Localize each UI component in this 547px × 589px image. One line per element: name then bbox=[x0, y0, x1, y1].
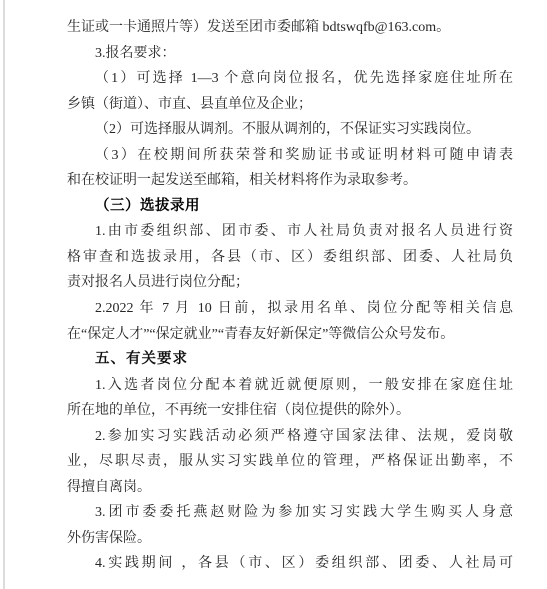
doc-line: 业，尽职尽责，服从实习实践单位的管理，严格保证出勤率，不 bbox=[67, 449, 513, 475]
doc-line: （2）可选择服从调剂。不服从调剂的，不保证实习实践岗位。 bbox=[67, 117, 513, 143]
heading-related-requirements: 五、有关要求 bbox=[67, 347, 513, 373]
doc-line-signup-requirements: 3.报名要求： bbox=[67, 41, 513, 67]
doc-line: （1）可选择 1—3 个意向岗位报名，优先选择家庭住址所在 bbox=[67, 66, 513, 92]
doc-line: 得擅自离岗。 bbox=[67, 475, 513, 501]
doc-line-announcement-date: 2.2022 年 7 月 10 日前，拟录用名单、岗位分配等相关信息 bbox=[67, 296, 513, 322]
doc-line: （3）在校期间所获荣誉和奖励证书或证明材料可随申请表 bbox=[67, 143, 513, 169]
doc-line-wechat-accounts: 在“保定人才”“保定就业”“青春友好新保定”等微信公众号发布。 bbox=[67, 322, 513, 348]
doc-line: 所在地的单位，不再统一安排住宿（岗位提供的除外）。 bbox=[67, 398, 513, 424]
doc-line: 1.由市委组织部、团市委、市人社局负责对报名人员进行资 bbox=[67, 219, 513, 245]
doc-line: 责对报名人员进行岗位分配； bbox=[67, 270, 513, 296]
doc-line: 格审查和选拔录用，各县（市、区）委组织部、团委、人社局负 bbox=[67, 245, 513, 271]
doc-line-email-address: 生证或一卡通照片等）发送至团市委邮箱 bdtswqfb@163.com。 bbox=[67, 15, 513, 41]
doc-line: 2.参加实习实践活动必须严格遵守国家法律、法规，爱岗敬 bbox=[67, 424, 513, 450]
doc-line: 4.实践期间 ，各县（市、区）委组织部、团委、人社局可 bbox=[67, 551, 513, 577]
scan-edge-line bbox=[3, 0, 5, 589]
document-text-block: 生证或一卡通照片等）发送至团市委邮箱 bdtswqfb@163.com。 3.报… bbox=[67, 15, 513, 577]
doc-line-insurance: 3.团市委委托燕赵财险为参加实习实践大学生购买人身意 bbox=[67, 500, 513, 526]
heading-selection-recruitment: （三）选拔录用 bbox=[67, 194, 513, 220]
doc-line: 和在校证明一起发送至邮箱，相关材料将作为录取参考。 bbox=[67, 168, 513, 194]
scanned-document-page: 生证或一卡通照片等）发送至团市委邮箱 bdtswqfb@163.com。 3.报… bbox=[0, 0, 547, 589]
doc-line: 乡镇（街道）、市直、县直单位及企业； bbox=[67, 92, 513, 118]
doc-line: 外伤害保险。 bbox=[67, 526, 513, 552]
doc-line: 1.入选者岗位分配本着就近就便原则，一般安排在家庭住址 bbox=[67, 373, 513, 399]
